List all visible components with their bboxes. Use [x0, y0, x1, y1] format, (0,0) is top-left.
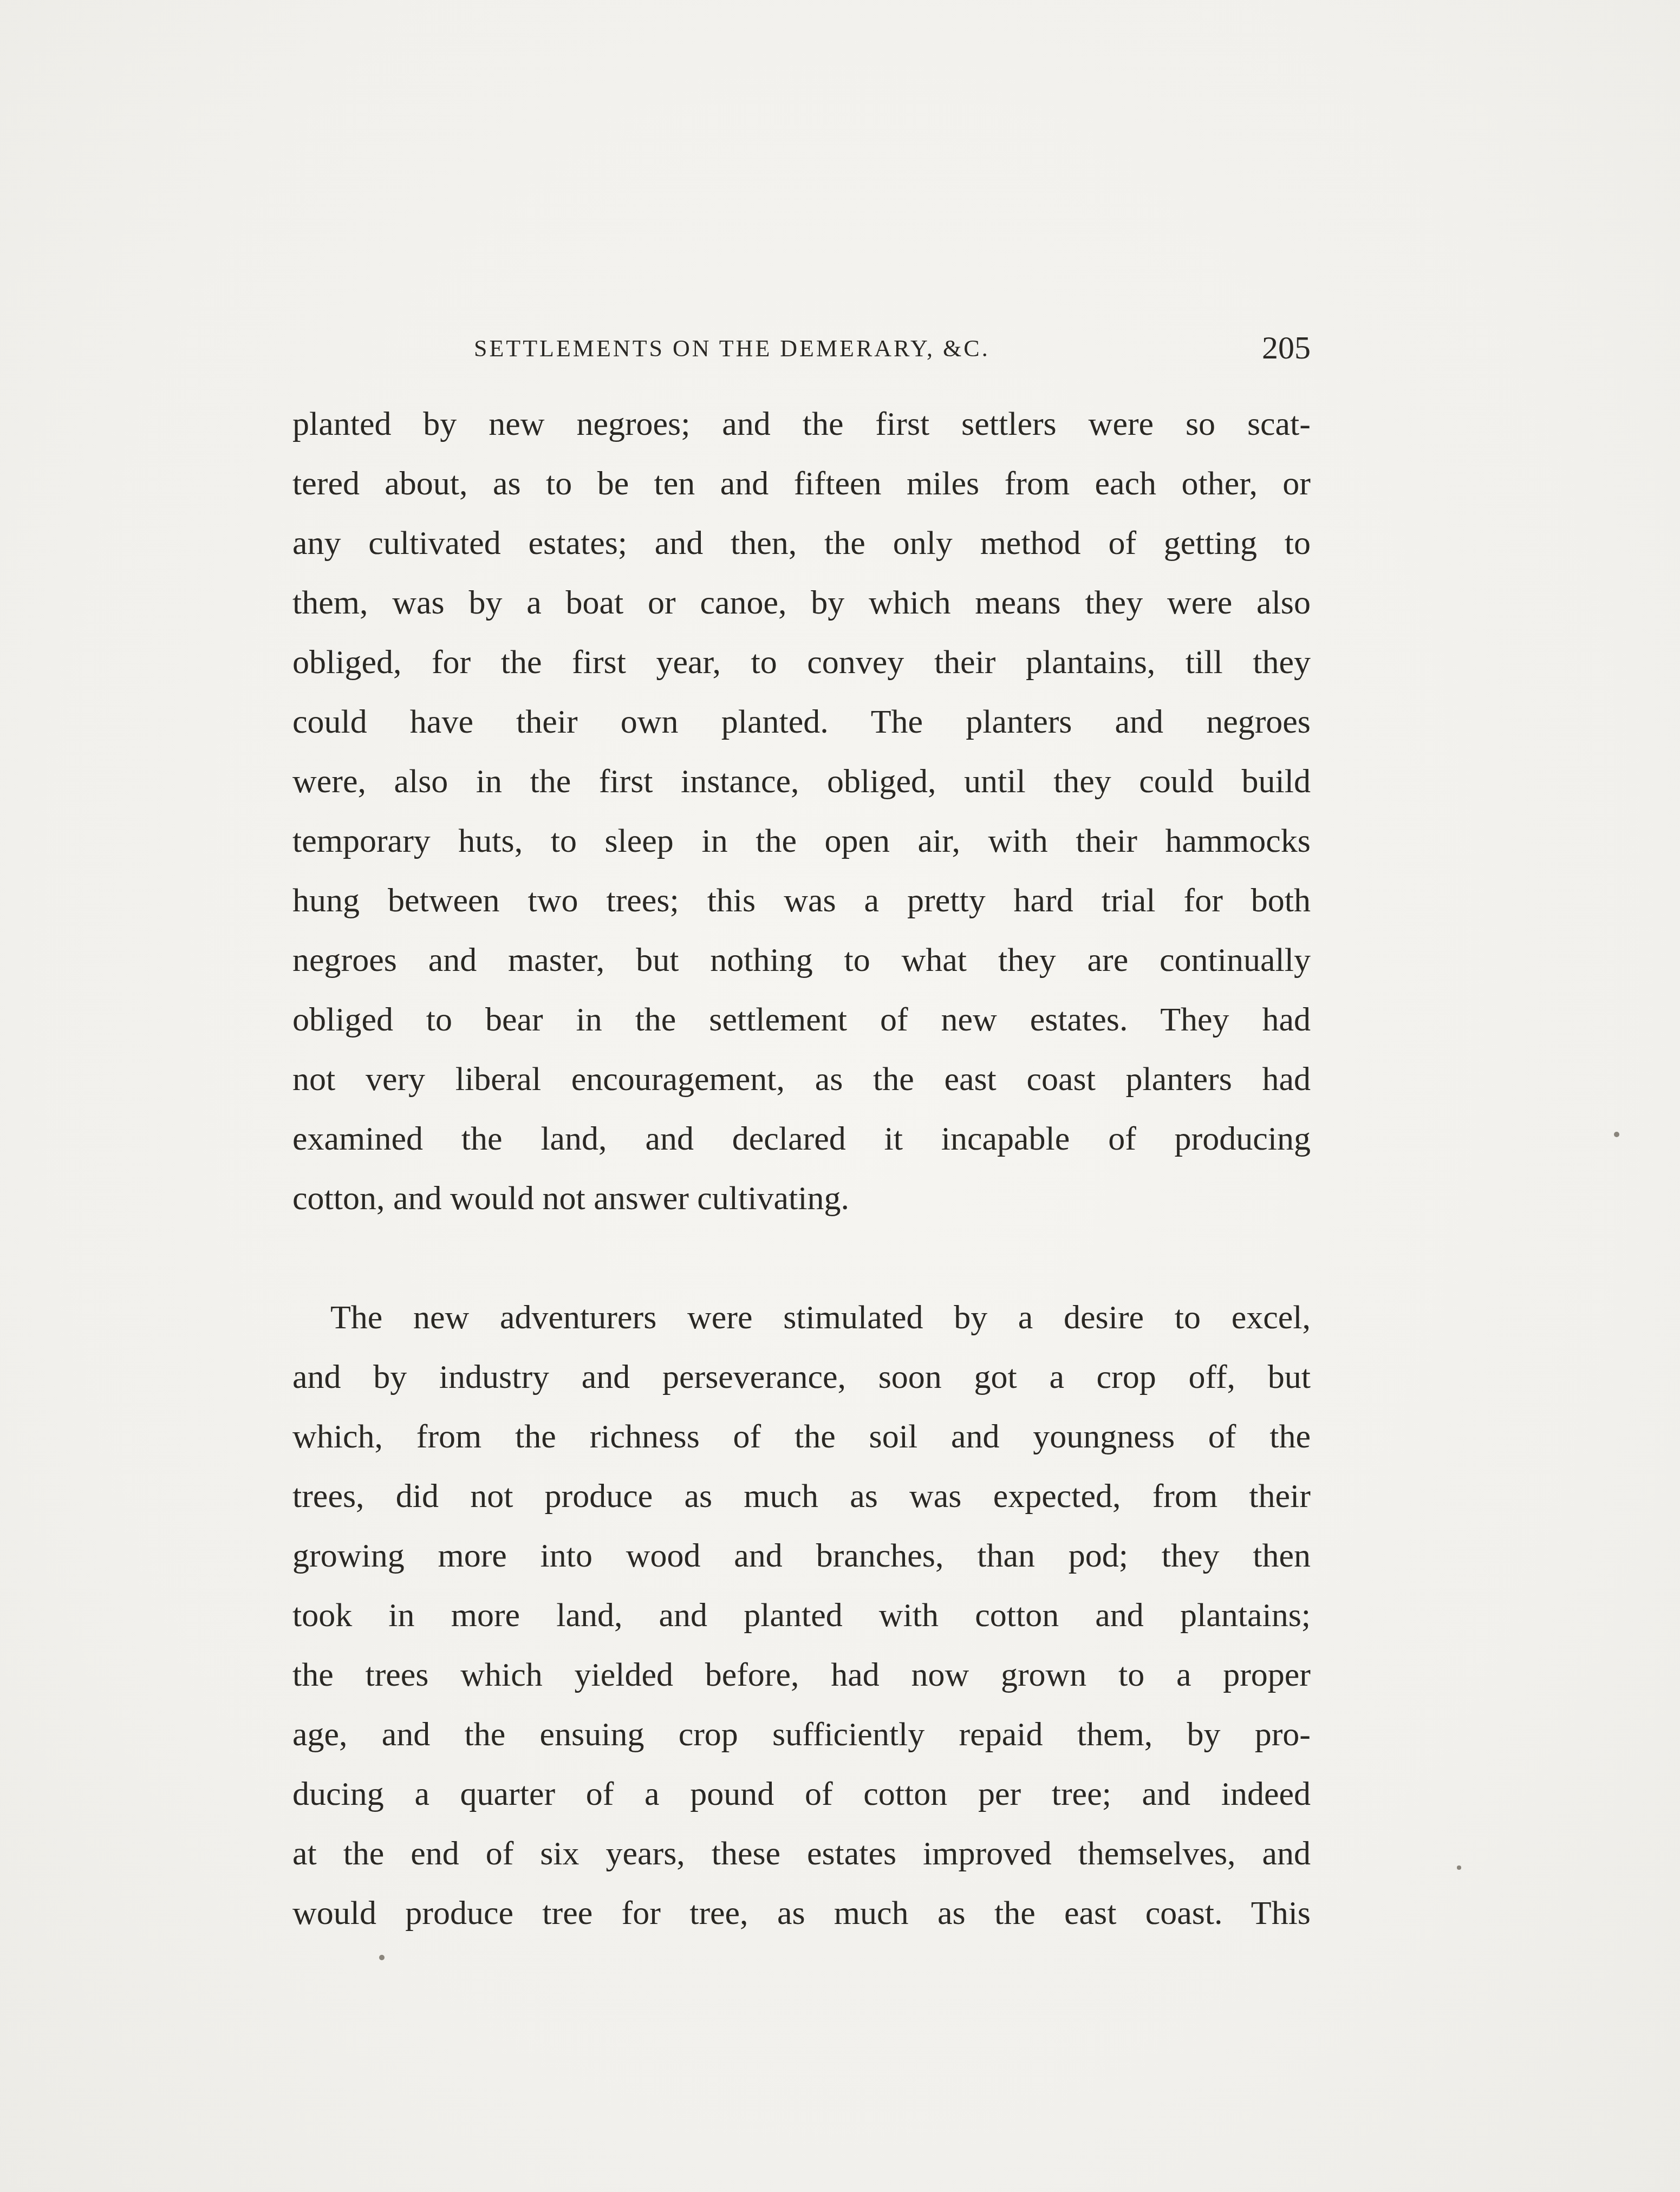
paragraph-1: planted by new negroes; and the first se…	[292, 394, 1311, 1228]
text-line: obliged, for the first year, to convey t…	[292, 632, 1311, 692]
running-head: SETTLEMENTS ON THE DEMERARY, &c. 205	[292, 325, 1311, 374]
text-line: could have their own planted. The plante…	[292, 692, 1311, 752]
text-line: them, was by a boat or canoe, by which m…	[292, 573, 1311, 632]
text-line: not very liberal encouragement, as the e…	[292, 1049, 1311, 1109]
text-line: and by industry and perseverance, soon g…	[292, 1347, 1311, 1407]
paper-speck	[379, 1955, 385, 1960]
text-line: negroes and master, but nothing to what …	[292, 930, 1311, 990]
paragraph-2: The new adventurers were stimulated by a…	[292, 1288, 1311, 1943]
running-title: SETTLEMENTS ON THE DEMERARY, &c.	[474, 335, 990, 362]
text-line: which, from the richness of the soil and…	[292, 1407, 1311, 1466]
text-line: obliged to bear in the settlement of new…	[292, 990, 1311, 1049]
paper-speck	[1457, 1865, 1461, 1870]
text-line: the trees which yielded before, had now …	[292, 1645, 1311, 1705]
text-line: tered about, as to be ten and fifteen mi…	[292, 454, 1311, 513]
text-line: hung between two trees; this was a prett…	[292, 871, 1311, 930]
paper-speck	[1614, 1132, 1619, 1137]
paragraph-gap	[292, 1228, 1311, 1288]
text-line: planted by new negroes; and the first se…	[292, 394, 1311, 454]
text-line: trees, did not produce as much as was ex…	[292, 1466, 1311, 1526]
text-line: The new adventurers were stimulated by a…	[292, 1288, 1311, 1347]
text-line: ducing a quarter of a pound of cotton pe…	[292, 1764, 1311, 1824]
text-line: growing more into wood and branches, tha…	[292, 1526, 1311, 1586]
text-line: at the end of six years, these estates i…	[292, 1824, 1311, 1883]
page-number: 205	[1262, 329, 1311, 367]
text-line: took in more land, and planted with cott…	[292, 1586, 1311, 1645]
book-page: SETTLEMENTS ON THE DEMERARY, &c. 205 pla…	[0, 0, 1680, 2192]
text-line: temporary huts, to sleep in the open air…	[292, 811, 1311, 871]
body-text: planted by new negroes; and the first se…	[292, 394, 1311, 1943]
text-line: age, and the ensuing crop sufficiently r…	[292, 1705, 1311, 1764]
text-line: cotton, and would not answer cultivating…	[292, 1169, 1311, 1228]
text-line: were, also in the first instance, oblige…	[292, 752, 1311, 811]
text-line: any cultivated estates; and then, the on…	[292, 513, 1311, 573]
text-line: examined the land, and declared it incap…	[292, 1109, 1311, 1169]
text-line: would produce tree for tree, as much as …	[292, 1883, 1311, 1943]
